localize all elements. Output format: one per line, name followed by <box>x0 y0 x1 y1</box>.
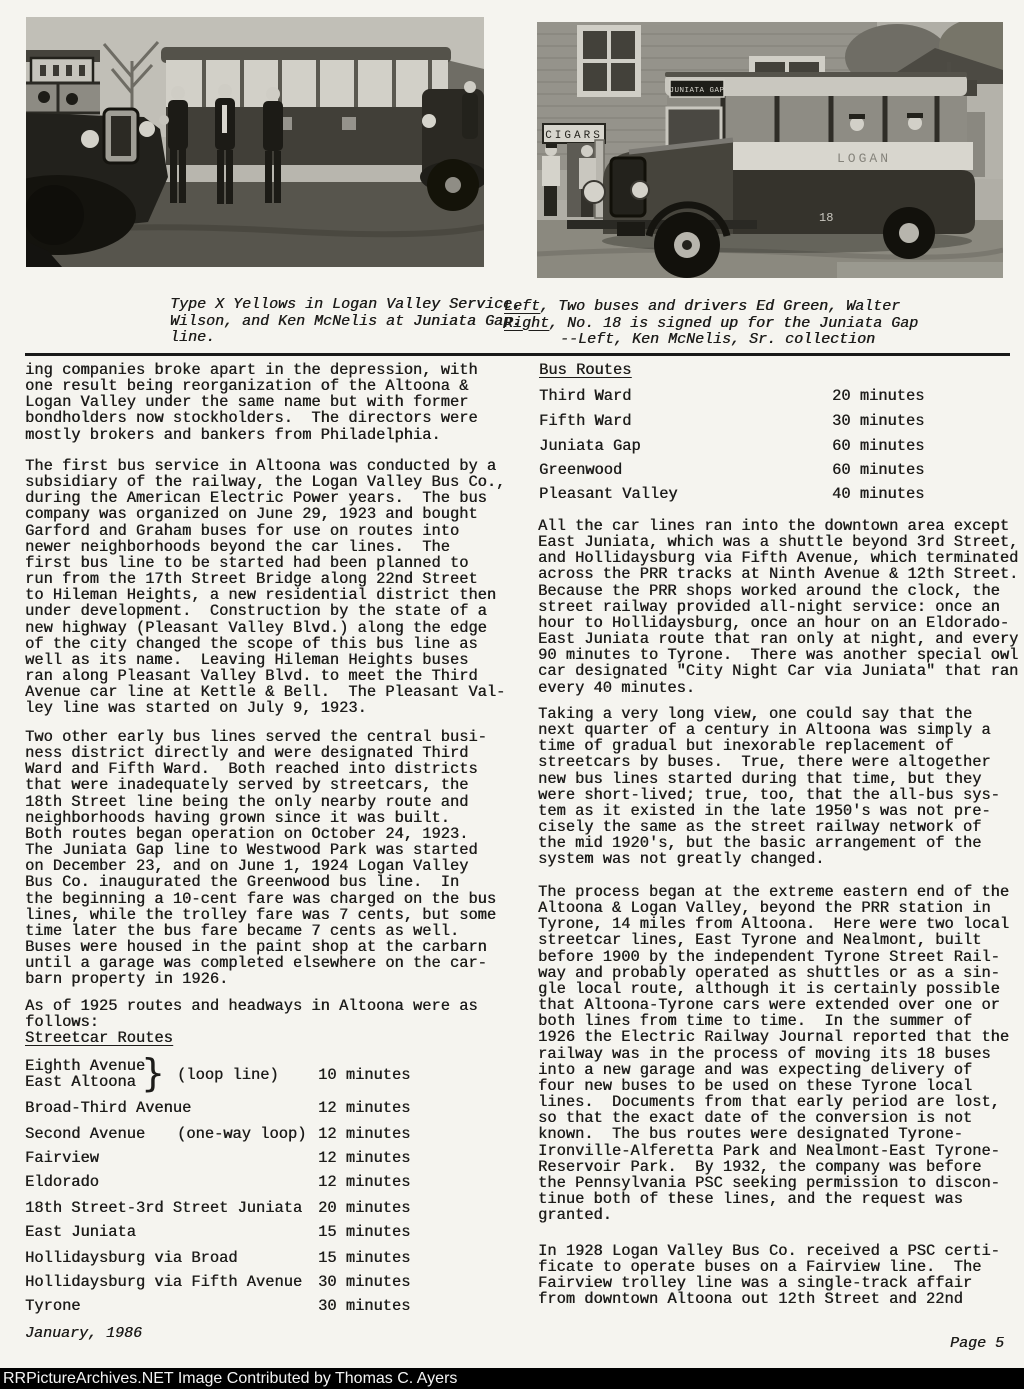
attribution-bar: RRPictureArchives.NET Image Contributed … <box>0 1368 1024 1389</box>
route-name: Broad-Third Avenue <box>25 1100 191 1116</box>
streetcar-routes-heading: Streetcar Routes <box>25 1030 173 1046</box>
route-name: Hollidaysburg via Broad <box>25 1250 237 1266</box>
bus-number: 18 <box>819 211 833 225</box>
paragraph: All the car lines ran into the downtown … <box>538 518 1018 696</box>
route-headway: 20 minutes <box>832 388 924 404</box>
table-row: 18th Street-3rd Street Juniata 20 minute… <box>25 1200 511 1218</box>
photo-left-buses <box>26 17 484 267</box>
paragraph: The process began at the extreme eastern… <box>538 884 1009 1223</box>
svg-text:JUNIATA GAP: JUNIATA GAP <box>669 87 724 95</box>
route-note: (one-way loop) <box>177 1126 306 1142</box>
paragraph: The first bus service in Altoona was con… <box>25 458 505 717</box>
table-row: Broad-Third Avenue 12 minutes <box>25 1100 511 1118</box>
page: CIGARS <box>0 0 1024 1389</box>
route-name: East Juniata <box>25 1224 136 1240</box>
table-row: East Juniata 15 minutes <box>25 1224 511 1242</box>
route-headway: 60 minutes <box>832 438 924 454</box>
table-row: Fifth Ward 30 minutes <box>538 413 1024 431</box>
attribution-text: RRPictureArchives.NET Image Contributed … <box>0 1368 1024 1389</box>
route-headway: 10 minutes <box>318 1067 410 1083</box>
route-name: Fifth Ward <box>539 413 631 429</box>
route-name: 18th Street-3rd Street Juniata <box>25 1200 302 1216</box>
route-name: Second Avenue <box>25 1126 145 1142</box>
paragraph: Two other early bus lines served the cen… <box>25 729 496 988</box>
table-row: Eighth Avenue East Altoona } (loop line)… <box>25 1058 511 1092</box>
route-name: Fairview <box>25 1150 99 1166</box>
brace-glyph: } <box>141 1051 165 1095</box>
right-column: Bus Routes Third Ward 20 minutes Fifth W… <box>538 362 1024 1352</box>
paragraph: ing companies broke apart in the depress… <box>25 362 478 443</box>
caption-credit: --Left, Ken McNelis, Sr. collection <box>504 331 875 348</box>
route-name: Third Ward <box>539 388 631 404</box>
table-row: Hollidaysburg via Broad 15 minutes <box>25 1250 511 1268</box>
paragraph: In 1928 Logan Valley Bus Co. received a … <box>538 1243 1000 1308</box>
route-name: Pleasant Valley <box>539 486 678 502</box>
route-headway: 60 minutes <box>832 462 924 478</box>
table-row: Eldorado 12 minutes <box>25 1174 511 1192</box>
caption-right-label-left: Left <box>504 298 540 315</box>
left-column: ing companies broke apart in the depress… <box>25 362 511 1352</box>
route-headway: 40 minutes <box>832 486 924 502</box>
route-headway: 12 minutes <box>318 1150 410 1166</box>
route-headway: 12 minutes <box>318 1126 410 1142</box>
paragraph: As of 1925 routes and headways in Altoon… <box>25 998 478 1030</box>
table-row: Greenwood 60 minutes <box>538 462 1024 480</box>
route-headway: 12 minutes <box>318 1174 410 1190</box>
table-row: Juniata Gap 60 minutes <box>538 438 1024 456</box>
divider-rule <box>25 353 1010 356</box>
ladder <box>595 140 604 218</box>
destination-sign: JUNIATA GAP <box>669 80 724 97</box>
table-row: Tyrone 30 minutes <box>25 1298 511 1316</box>
route-headway: 12 minutes <box>318 1100 410 1116</box>
paragraph: Taking a very long view, one could say t… <box>538 706 1000 868</box>
page-number: Page 5 <box>950 1336 1004 1353</box>
table-row: Hollidaysburg via Fifth Avenue 30 minute… <box>25 1274 511 1292</box>
table-row: Fairview 12 minutes <box>25 1150 511 1168</box>
route-name: Juniata Gap <box>539 438 641 454</box>
route-name: Tyrone <box>25 1298 80 1314</box>
bus-routes-heading: Bus Routes <box>539 362 631 378</box>
table-row: Pleasant Valley 40 minutes <box>538 486 1024 504</box>
photo-right-bus-18: CIGARS <box>537 22 1003 278</box>
caption-right: Left, Two buses and drivers Ed Green, Wa… <box>504 299 918 349</box>
caption-left: Type X Yellows in Logan Valley Service. … <box>170 297 521 347</box>
svg-text:CIGARS: CIGARS <box>545 130 603 142</box>
table-row: Third Ward 20 minutes <box>538 388 1024 406</box>
route-headway: 30 minutes <box>318 1298 410 1314</box>
footer-date: January, 1986 <box>25 1326 142 1343</box>
route-headway: 15 minutes <box>318 1224 410 1240</box>
left-photo-illustration <box>26 17 484 267</box>
route-name: Eldorado <box>25 1174 99 1190</box>
table-row: Second Avenue (one-way loop) 12 minutes <box>25 1126 511 1144</box>
route-headway: 15 minutes <box>318 1250 410 1266</box>
route-name: Eighth Avenue East Altoona <box>25 1058 145 1090</box>
route-headway: 30 minutes <box>832 413 924 429</box>
route-name: Hollidaysburg via Fifth Avenue <box>25 1274 302 1290</box>
route-note: (loop line) <box>177 1067 279 1083</box>
caption-right-label-right: Right <box>504 315 549 332</box>
side-lettering: LOGAN <box>837 151 891 166</box>
right-photo-illustration: CIGARS <box>537 22 1003 278</box>
route-headway: 20 minutes <box>318 1200 410 1216</box>
route-name: Greenwood <box>539 462 622 478</box>
route-headway: 30 minutes <box>318 1274 410 1290</box>
